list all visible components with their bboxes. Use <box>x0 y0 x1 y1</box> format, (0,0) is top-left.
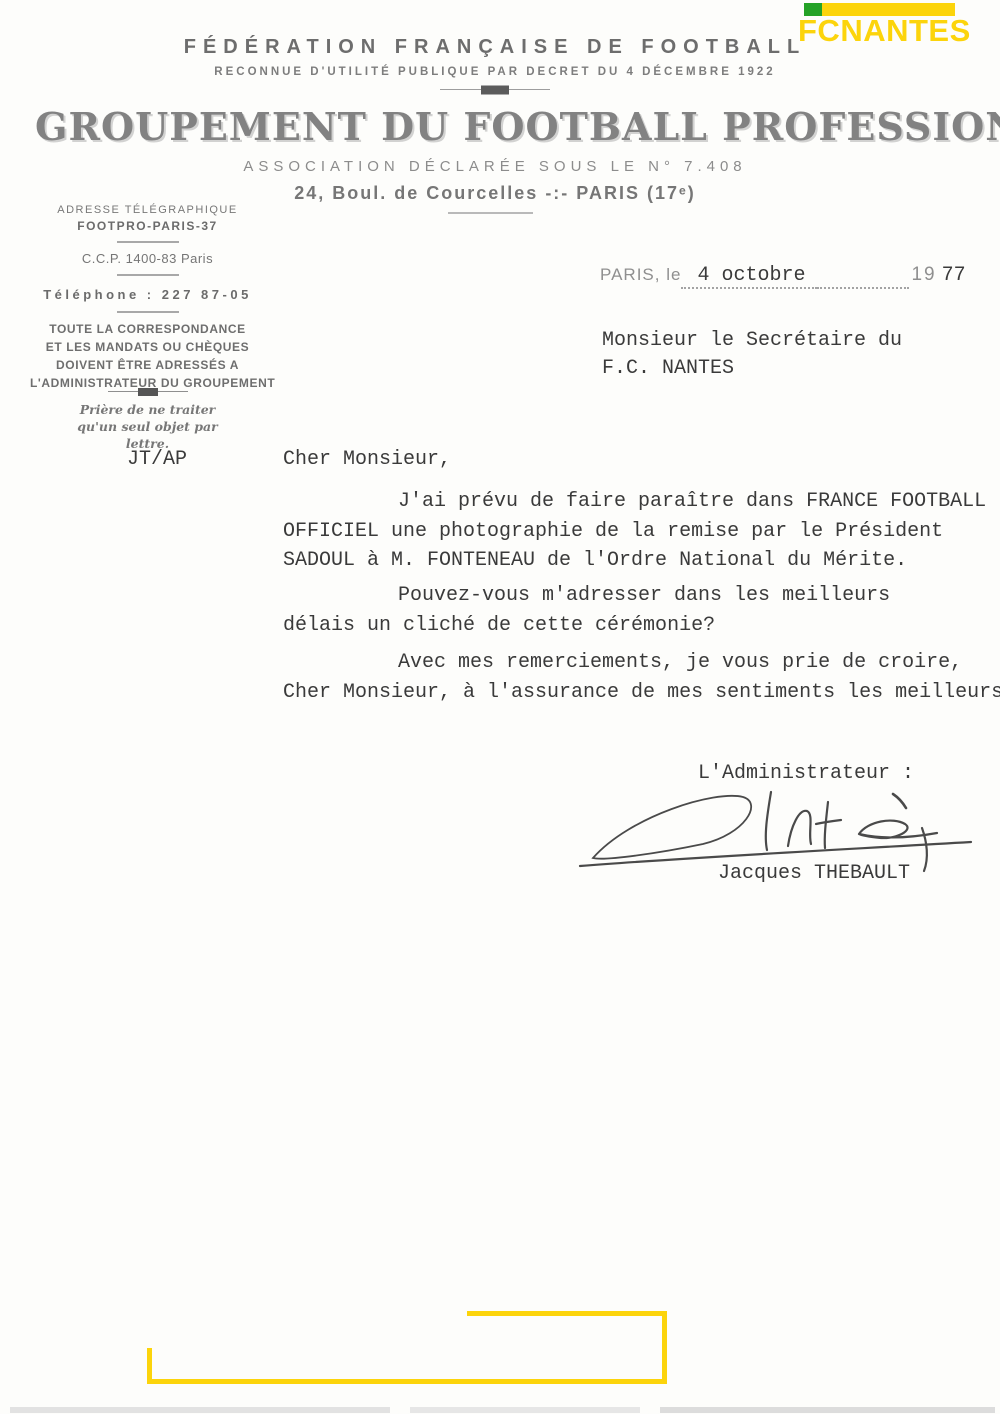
paragraph-2: Pouvez-vous m'adresser dans les meilleur… <box>283 581 1000 640</box>
yellow-frame-top <box>467 1311 667 1316</box>
ccp-line: C.C.P. 1400-83 Paris <box>30 251 265 266</box>
bottom-ghost-strip <box>410 1407 640 1413</box>
paragraph-3: Avec mes remerciements, je vous prie de … <box>283 648 1000 707</box>
reference-initials: JT/AP <box>127 448 187 471</box>
groupement-title: GROUPEMENT DU FOOTBALL PROFESSIONNEL <box>35 104 955 149</box>
federation-title: FÉDÉRATION FRANÇAISE DE FOOTBALL <box>35 36 955 59</box>
telegraph-value: FOOTPRO-PARIS-37 <box>30 219 265 233</box>
sidebar-divider-4 <box>108 391 188 392</box>
para1-line: SADOUL à M. FONTENEAU de l'Ordre Nationa… <box>283 546 1000 576</box>
yellow-frame-bottom <box>147 1379 667 1384</box>
recipient-block: Monsieur le Secrétaire du F.C. NANTES <box>602 327 902 383</box>
recipient-line-2: F.C. NANTES <box>602 355 902 383</box>
bottom-ghost-strip <box>10 1407 390 1413</box>
association-line: ASSOCIATION DÉCLARÉE SOUS LE N° 7.408 <box>35 158 955 175</box>
paragraph-1: J'ai prévu de faire paraître dans FRANCE… <box>283 487 1000 576</box>
yellow-frame-left <box>147 1348 152 1384</box>
telegraph-label: ADRESSE TÉLÉGRAPHIQUE <box>30 204 265 216</box>
dateline: PARIS, le 4 octobre 19 77 <box>600 264 966 289</box>
sidebar-divider-3 <box>117 311 179 313</box>
para1-line: OFFICIEL une photographie de la remise p… <box>283 517 1000 547</box>
recipient-line-1: Monsieur le Secrétaire du <box>602 327 902 355</box>
notice-line: DOIVENT ÊTRE ADRESSÉS A <box>30 356 265 374</box>
header-divider <box>440 89 550 90</box>
para2-line: délais un cliché de cette cérémonie? <box>283 611 1000 641</box>
sidebar-divider-1 <box>117 241 179 243</box>
para1-line: J'ai prévu de faire paraître dans FRANCE… <box>283 487 1000 517</box>
para2-line: Pouvez-vous m'adresser dans les meilleur… <box>283 581 1000 611</box>
phone-line: Téléphone : 227 87-05 <box>30 287 265 302</box>
typed-year: 77 <box>937 264 966 287</box>
bottom-ghost-strip <box>660 1407 995 1413</box>
address-underline <box>448 212 533 214</box>
hq-address: 24, Boul. de Courcelles -:- PARIS (17ᵉ) <box>35 183 955 204</box>
decree-subtitle: RECONNUE D'UTILITÉ PUBLIQUE PAR DECRET D… <box>35 66 955 78</box>
salutation: Cher Monsieur, <box>283 448 451 471</box>
date-dotted-leader <box>817 264 909 289</box>
sidebar-divider-2 <box>117 274 179 276</box>
notice-line: ET LES MANDATS OU CHÈQUES <box>30 338 265 356</box>
year-printed: 19 <box>909 264 936 286</box>
para3-line: Cher Monsieur, à l'assurance de mes sent… <box>283 678 1000 708</box>
signoff-name: Jacques THEBAULT <box>718 862 910 885</box>
yellow-frame-right <box>662 1311 667 1384</box>
notice-line: TOUTE LA CORRESPONDANCE <box>30 320 265 338</box>
scanned-letter-page: FCNANTES FÉDÉRATION FRANÇAISE DE FOOTBAL… <box>0 0 1000 1414</box>
single-subject-note: Prière de ne traiter qu'un seul objet pa… <box>30 401 265 452</box>
typed-date: 4 octobre <box>681 264 817 289</box>
para3-line: Avec mes remerciements, je vous prie de … <box>283 648 1000 678</box>
city-label: PARIS, le <box>600 265 681 285</box>
correspondence-notice: TOUTE LA CORRESPONDANCE ET LES MANDATS O… <box>30 320 265 392</box>
